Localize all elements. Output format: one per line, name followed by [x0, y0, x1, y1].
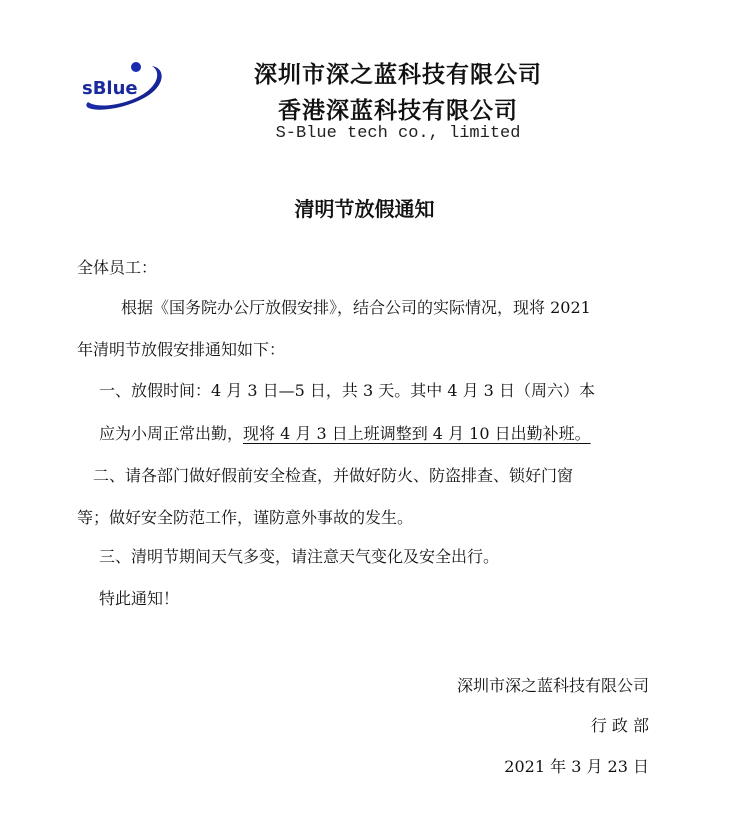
item-3: 三、清明节期间天气多变，请注意天气变化及安全出行。 [99, 547, 499, 567]
item-2-line-1: 二、请各部门做好假前安全检查，并做好防火、防盗排查、锁好门窗 [93, 466, 573, 486]
salutation: 全体员工： [77, 258, 157, 278]
company-name-cn: 深圳市深之蓝科技有限公司 [228, 56, 568, 89]
item-1-makeup-day-underlined: 现将 4 月 3 日上班调整到 4 月 10 日出勤补班。 [243, 424, 591, 443]
signature-date: 2021 年 3 月 23 日 [504, 757, 649, 777]
item-2-line-2: 等；做好安全防范工作，谨防意外事故的发生。 [77, 508, 413, 528]
company-logo: sBlue [74, 58, 166, 114]
item-1-line-2: 应为小周正常出勤，现将 4 月 3 日上班调整到 4 月 10 日出勤补班。 [99, 424, 591, 444]
company-name-en: S-Blue tech co., limited [228, 124, 568, 143]
intro-line-2: 年清明节放假安排通知如下： [77, 340, 285, 360]
svg-text:sBlue: sBlue [82, 78, 138, 99]
notice-title: 清明节放假通知 [0, 193, 729, 222]
signature-department: 行 政 部 [591, 716, 649, 736]
signature-company: 深圳市深之蓝科技有限公司 [457, 676, 649, 696]
closing: 特此通知！ [99, 589, 179, 609]
item-1-text: 应为小周正常出勤， [99, 424, 243, 443]
company-name-hk: 香港深蓝科技有限公司 [228, 92, 568, 125]
intro-line-1: 根据《国务院办公厅放假安排》，结合公司的实际情况，现将 2021 [121, 298, 591, 318]
sblue-logo-icon: sBlue [74, 58, 166, 114]
item-1-line-1: 一、放假时间：4 月 3 日—5 日，共 3 天。其中 4 月 3 日（周六）本 [99, 381, 595, 401]
